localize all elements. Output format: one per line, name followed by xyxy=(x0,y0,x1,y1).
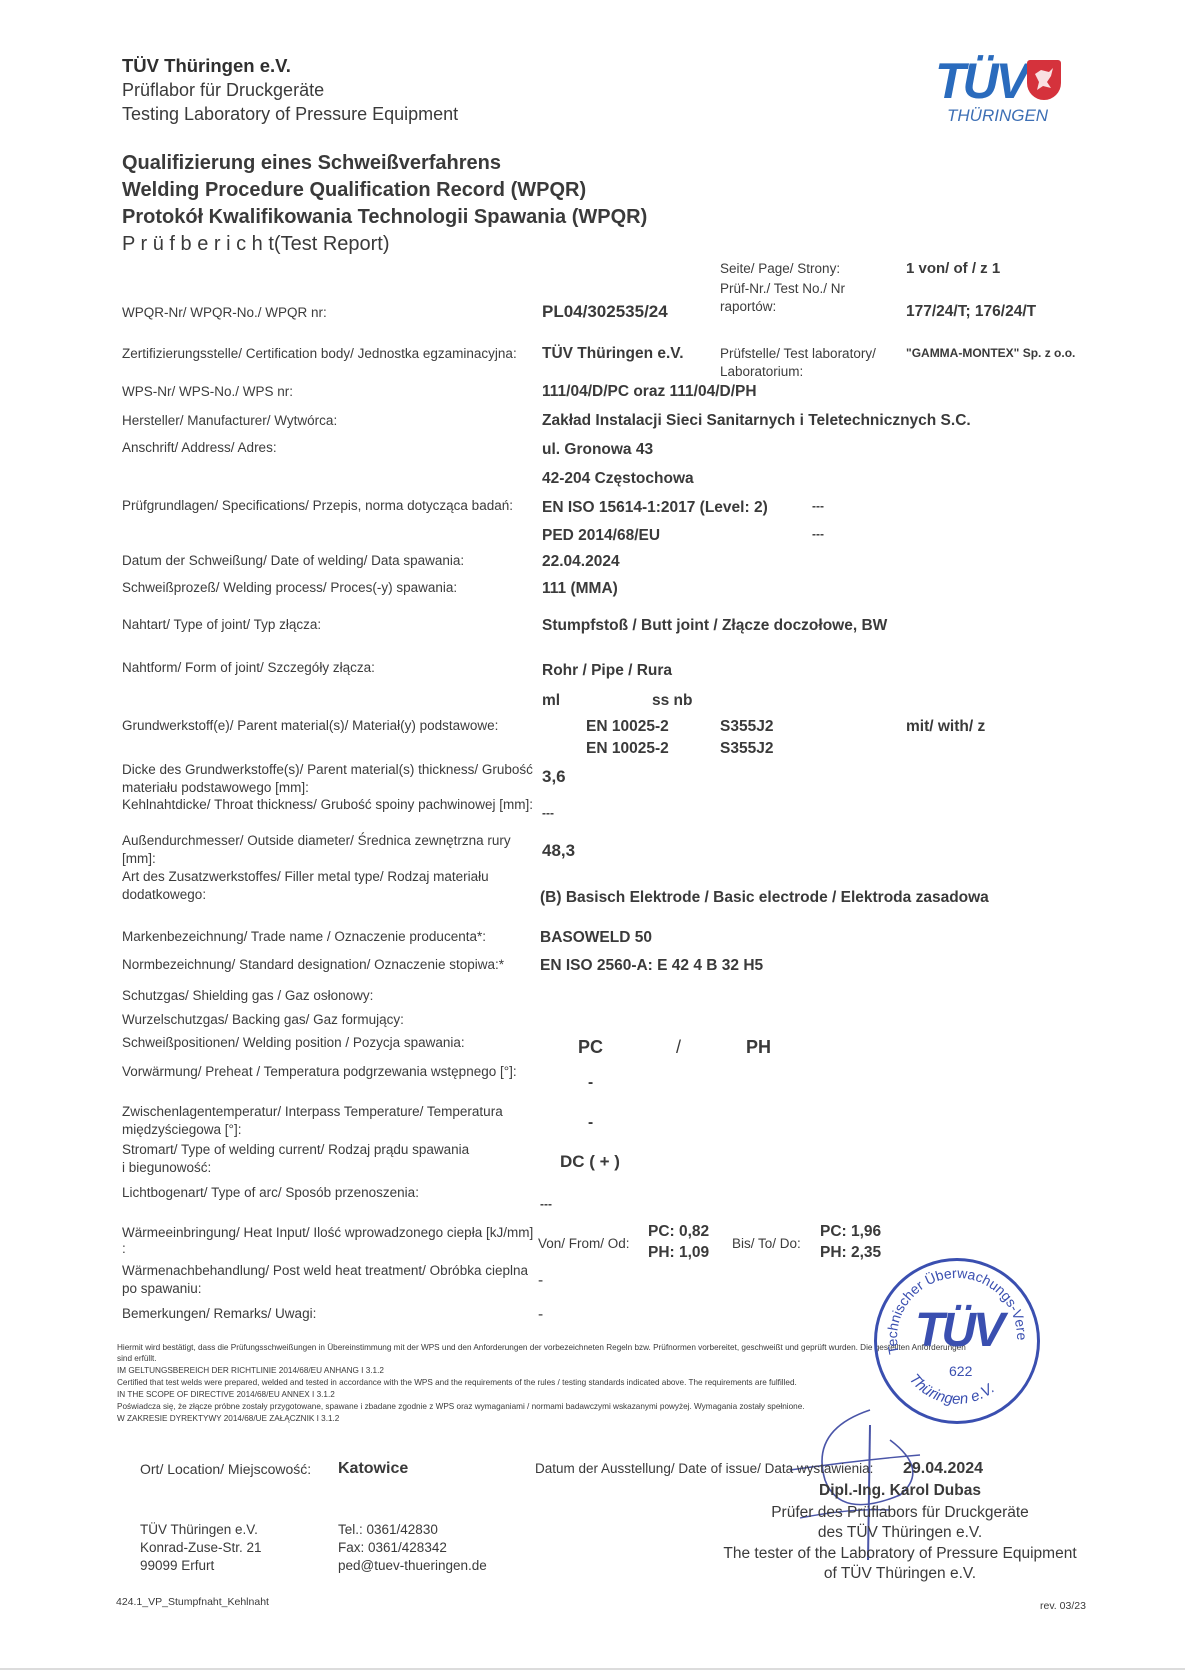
cert-text-pl: Poświadcza się, że złącze próbne zostały… xyxy=(117,1402,805,1411)
signatory-role-de-1: Prüfer des Prüflabors für Druckgeräte xyxy=(680,1504,1120,1522)
throat-value: --- xyxy=(542,806,554,820)
material-group-2: ss nb xyxy=(652,692,692,710)
cert-scope-en: IN THE SCOPE OF DIRECTIVE 2014/68/EU ANN… xyxy=(117,1390,335,1399)
pwht-label-1: Wärmenachbehandlung/ Post weld heat trea… xyxy=(122,1263,528,1278)
issue-date-label: Datum der Ausstellung/ Date of issue/ Da… xyxy=(535,1461,873,1476)
date-weld-label: Datum der Schweißung/ Date of welding/ D… xyxy=(122,553,464,568)
wpqr-value: PL04/302535/24 xyxy=(542,302,668,322)
spec-extra-2: --- xyxy=(812,527,824,541)
process-value: 111 (MMA) xyxy=(542,580,618,598)
address-label: Anschrift/ Address/ Adres: xyxy=(122,440,277,455)
parent-with: mit/ with/ z xyxy=(906,718,985,736)
test-lab-label-2: Laboratorium: xyxy=(720,364,803,379)
footer-street: Konrad-Zuse-Str. 21 xyxy=(140,1540,262,1555)
filler-value: (B) Basisch Elektrode / Basic electrode … xyxy=(540,889,989,907)
joint-form-value: Rohr / Pipe / Rura xyxy=(542,662,672,680)
cert-scope-de: IM GELTUNGSBEREICH DER RICHTLINIE 2014/6… xyxy=(117,1366,384,1375)
process-label: Schweißprozeß/ Welding process/ Proces(-… xyxy=(122,580,457,595)
logo-text: TÜV xyxy=(935,52,1026,110)
manufacturer-value: Zakład Instalacji Sieci Sanitarnych i Te… xyxy=(542,412,971,430)
title-report-de: P r ü f b e r i c h t xyxy=(122,233,274,255)
pwht-value: - xyxy=(538,1272,543,1290)
signatory-name: Dipl.-Ing. Karol Dubas xyxy=(680,1482,1120,1500)
page-value: 1 von/ of / z 1 xyxy=(906,260,1000,277)
footer-tel: Tel.: 0361/42830 xyxy=(338,1522,438,1537)
trade-name-label: Markenbezeichnung/ Trade name / Oznaczen… xyxy=(122,929,486,944)
title-pl: Protokół Kwalifikowania Technologii Spaw… xyxy=(122,206,647,229)
thickness-value: 3,6 xyxy=(542,767,566,787)
joint-form-label: Nahtform/ Form of joint/ Szczegóły złącz… xyxy=(122,660,375,675)
title-report-en: (Test Report) xyxy=(274,233,390,255)
address-line1: ul. Gronowa 43 xyxy=(542,441,653,459)
issue-date-value: 29.04.2024 xyxy=(903,1460,983,1478)
form-id: 424.1_VP_Stumpfnaht_Kehlnaht xyxy=(116,1596,269,1608)
location-label: Ort/ Location/ Miejscowość: xyxy=(140,1461,311,1477)
remarks-value: - xyxy=(538,1306,543,1324)
heat-to-ph: PH: 2,35 xyxy=(820,1244,881,1262)
test-no-label-2: raportów: xyxy=(720,299,776,314)
heat-from-pc: PC: 0,82 xyxy=(648,1223,709,1241)
cert-body-value: TÜV Thüringen e.V. xyxy=(542,345,684,363)
arc-type-label: Lichtbogenart/ Type of arc/ Sposób przen… xyxy=(122,1185,419,1200)
remarks-label: Bemerkungen/ Remarks/ Uwagi: xyxy=(122,1306,316,1321)
test-no-label-1: Prüf-Nr./ Test No./ Nr xyxy=(720,281,845,296)
preheat-value: - xyxy=(588,1074,593,1092)
heat-to-label: Bis/ To/ Do: xyxy=(732,1236,801,1251)
heat-input-label-2: : xyxy=(122,1241,126,1256)
cert-scope-pl: W ZAKRESIE DYREKTYWY 2014/68/UE ZAŁĄCZNI… xyxy=(117,1414,339,1423)
interpass-label-2: międzyściegowa [°]: xyxy=(122,1122,241,1137)
wpqr-label: WPQR-Nr/ WPQR-No./ WPQR nr: xyxy=(122,305,327,320)
test-no-value: 177/24/T; 176/24/T xyxy=(906,303,1036,321)
parent-standard-1: EN 10025-2 xyxy=(586,718,669,736)
signatory-role-en-2: of TÜV Thüringen e.V. xyxy=(680,1565,1120,1583)
filler-label-2: dodatkowego: xyxy=(122,887,206,902)
header-lab-en: Testing Laboratory of Pressure Equipment xyxy=(122,104,458,125)
joint-type-label: Nahtart/ Type of joint/ Typ złącza: xyxy=(122,617,321,632)
footer-email[interactable]: ped@tuev-thueringen.de xyxy=(338,1558,487,1573)
cert-body-label: Zertifizierungsstelle/ Certification bod… xyxy=(122,346,517,361)
cert-text-de-2: sind erfüllt. xyxy=(117,1354,157,1363)
backing-gas-label: Wurzelschutzgas/ Backing gas/ Gaz formuj… xyxy=(122,1012,404,1027)
thickness-label-2: materiału podstawowego [mm]: xyxy=(122,780,309,795)
welding-position-1: PC xyxy=(578,1037,603,1058)
heat-to-pc: PC: 1,96 xyxy=(820,1223,881,1241)
spec-extra-1: --- xyxy=(812,499,824,513)
coat-of-arms-shield-icon xyxy=(1027,60,1061,100)
current-label-2: i biegunowość: xyxy=(122,1160,211,1175)
cert-text-en: Certified that test welds were prepared,… xyxy=(117,1378,797,1387)
wps-label: WPS-Nr/ WPS-No./ WPS nr: xyxy=(122,384,293,399)
wps-value: 111/04/D/PC oraz 111/04/D/PH xyxy=(542,383,757,401)
pwht-label-2: po spawaniu: xyxy=(122,1281,202,1296)
title-de: Qualifizierung eines Schweißverfahrens xyxy=(122,152,501,175)
od-value: 48,3 xyxy=(542,841,575,861)
parent-grade-2: S355J2 xyxy=(720,740,773,758)
arc-type-value: --- xyxy=(540,1197,552,1211)
footer-fax: Fax: 0361/428342 xyxy=(338,1540,447,1555)
header-org: TÜV Thüringen e.V. xyxy=(122,55,291,77)
spec-label: Prüfgrundlagen/ Specifications/ Przepis,… xyxy=(122,498,513,513)
parent-standard-2: EN 10025-2 xyxy=(586,740,669,758)
revision: rev. 03/23 xyxy=(1040,1600,1086,1612)
location-value: Katowice xyxy=(338,1460,408,1478)
signatory-role-de-2: des TÜV Thüringen e.V. xyxy=(680,1524,1120,1542)
cert-text-de-1: Hiermit wird bestätigt, dass die Prüfung… xyxy=(117,1343,966,1352)
interpass-value: - xyxy=(588,1114,593,1132)
stamp-tuv-logo: TÜV xyxy=(915,1303,1002,1358)
footer-org: TÜV Thüringen e.V. xyxy=(140,1522,258,1537)
welding-position-label: Schweißpositionen/ Welding position / Po… xyxy=(122,1035,465,1050)
test-lab-label-1: Prüfstelle/ Test laboratory/ xyxy=(720,346,876,361)
test-lab-value: "GAMMA-MONTEX" Sp. z o.o. xyxy=(906,346,1075,360)
current-label-1: Stromart/ Type of welding current/ Rodza… xyxy=(122,1142,469,1157)
throat-label: Kehlnahtdicke/ Throat thickness/ Grubość… xyxy=(122,797,533,812)
page-value-text: 1 von/ of / z 1 xyxy=(906,260,1000,277)
manufacturer-label: Hersteller/ Manufacturer/ Wytwórca: xyxy=(122,413,337,428)
title-report: P r ü f b e r i c h t(Test Report) xyxy=(122,233,390,256)
joint-type-value: Stumpfstoß / Butt joint / Złącze doczoło… xyxy=(542,617,887,635)
header-lab-de: Prüflabor für Druckgeräte xyxy=(122,80,324,101)
od-label-1: Außendurchmesser/ Outside diameter/ Śred… xyxy=(122,833,511,848)
od-label-2: [mm]: xyxy=(122,851,156,866)
parent-material-label: Grundwerkstoff(e)/ Parent material(s)/ M… xyxy=(122,718,498,733)
welding-position-sep: / xyxy=(676,1037,681,1058)
heat-from-ph: PH: 1,09 xyxy=(648,1244,709,1262)
address-line2: 42-204 Częstochowa xyxy=(542,470,694,488)
stamp-number: 622 xyxy=(949,1363,972,1379)
spec-value-2: PED 2014/68/EU xyxy=(542,527,660,545)
heat-from-label: Von/ From/ Od: xyxy=(538,1236,630,1251)
footer-city: 99099 Erfurt xyxy=(140,1558,214,1573)
date-weld-value: 22.04.2024 xyxy=(542,553,620,571)
interpass-label-1: Zwischenlagentemperatur/ Interpass Tempe… xyxy=(122,1104,503,1119)
preheat-label: Vorwärmung/ Preheat / Temperatura podgrz… xyxy=(122,1064,517,1079)
standard-designation-value: EN ISO 2560-A: E 42 4 B 32 H5 xyxy=(540,957,763,975)
heat-input-label-1: Wärmeeinbringung/ Heat Input/ Ilość wpro… xyxy=(122,1225,533,1240)
signatory-role-en-1: The tester of the Laboratory of Pressure… xyxy=(680,1545,1120,1563)
standard-designation-label: Normbezeichnung/ Standard designation/ O… xyxy=(122,957,504,972)
logo-subtitle: THÜRINGEN xyxy=(947,106,1048,126)
current-value: DC ( + ) xyxy=(560,1152,620,1172)
material-group-1: ml xyxy=(542,692,560,710)
trade-name-value: BASOWELD 50 xyxy=(540,929,652,947)
welding-position-2: PH xyxy=(746,1037,771,1058)
parent-grade-1: S355J2 xyxy=(720,718,773,736)
page-label: Seite/ Page/ Strony: xyxy=(720,261,840,276)
title-en: Welding Procedure Qualification Record (… xyxy=(122,179,586,202)
shielding-gas-label: Schutzgas/ Shielding gas / Gaz osłonowy: xyxy=(122,988,373,1003)
filler-label-1: Art des Zusatzwerkstoffes/ Filler metal … xyxy=(122,869,489,884)
thickness-label-1: Dicke des Grundwerkstoffe(s)/ Parent mat… xyxy=(122,762,533,777)
spec-value-1: EN ISO 15614-1:2017 (Level: 2) xyxy=(542,499,768,517)
page-bottom-edge xyxy=(0,1668,1185,1670)
